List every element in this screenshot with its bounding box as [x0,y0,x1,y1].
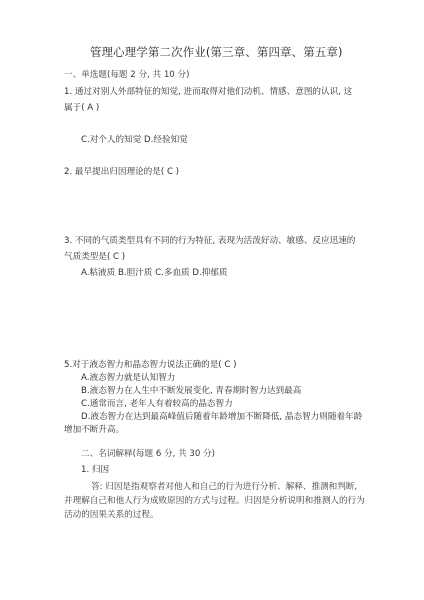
term-1-answer-line-3: 活动的因果关系的过程。 [64,510,159,521]
question-5-option-c: C.通常而言, 老年人有着较高的晶态智力 [81,399,233,410]
document-title: 管理心理学第二次作业(第三章、第四章、第五章) [90,45,343,59]
section-heading-term-explanation: 二、名词解释(每题 6 分, 共 30 分) [81,449,215,460]
term-1-label: 1. 归因 [81,465,109,476]
term-1-answer-line-1: 答: 归因是指观察者对他人和自己的行为进行分析、解释、推测和判断, [91,482,357,493]
question-1-line-1: 1. 通过对别人外部特征的知觉, 进而取得对他们动机、情感、意图的认识, 这 [64,87,352,98]
term-1-answer-line-2: 并理解自己和他人行为成败原因的方式与过程。归因是分析说明和推测人的行为 [64,496,365,507]
question-5-line-1: 5.对于液态智力和晶态智力说法正确的是( C ) [64,360,236,371]
question-1-options: C.对个人的知觉 D.经验知觉 [81,135,188,146]
question-3-line-2: 气质类型是( C ) [64,252,125,263]
question-2-line-1: 2. 最早提出归因理论的是( C ) [64,167,179,178]
section-heading-single-choice: 一、单选题(每题 2 分, 共 10 分) [64,70,189,81]
question-5-option-b: B.液态智力在人生中不断发展变化, 青春期时智力达到最高 [81,386,301,397]
question-1-line-2: 属于( A ) [64,103,99,114]
document-page: 管理心理学第二次作业(第三章、第四章、第五章) 一、单选题(每题 2 分, 共 … [0,0,424,600]
question-3-line-1: 3. 不同的气质类型具有不同的行为特征, 表现为活泼好动、敏感、反应迅速的 [64,236,355,247]
question-3-options: A.粘液质 B.胆汁质 C.多血质 D.抑郁质 [81,268,228,279]
question-5-option-d-line-1: D.液态智力在达到最高峰值后随着年龄增加不断降低, 晶态智力则随着年龄 [81,412,362,423]
question-5-option-d-line-2: 增加不断升高。 [64,425,124,436]
question-5-option-a: A.液态智力就是认知智力 [81,373,175,384]
